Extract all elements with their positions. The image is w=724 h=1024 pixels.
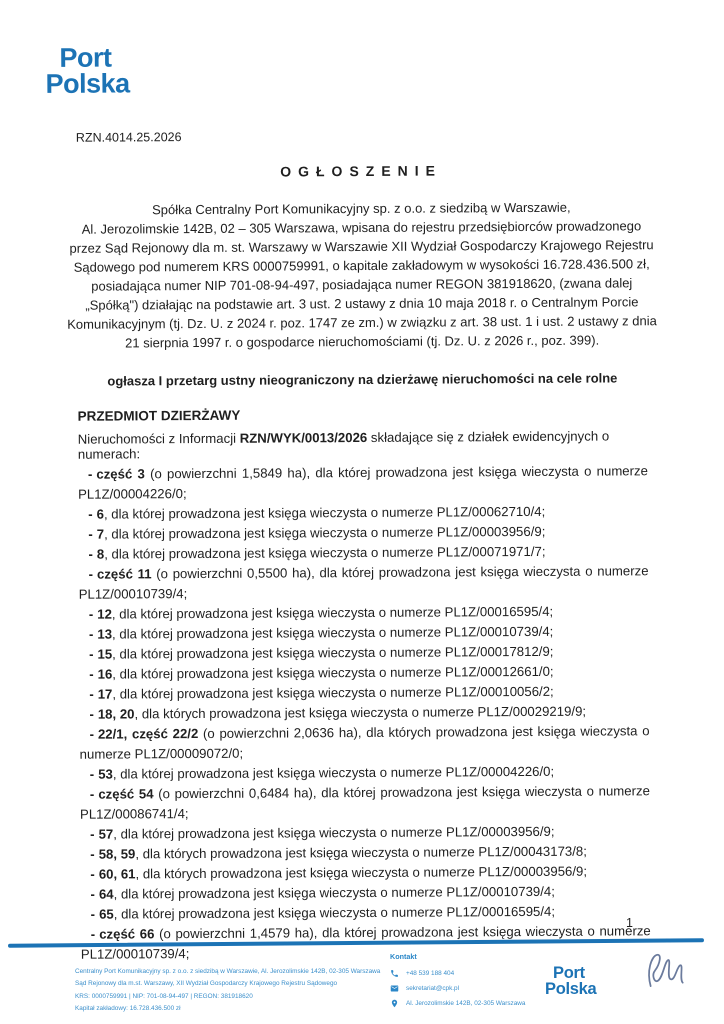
parcel-number: 13 xyxy=(97,627,112,642)
bullet: - xyxy=(91,927,95,942)
parcel-number: 22/1, część 22/2 xyxy=(98,726,198,742)
logo-word-polska: Polska xyxy=(45,68,645,97)
parcel-text: , dla których prowadzona jest księga wie… xyxy=(135,864,587,882)
kontakt-heading: Kontakt xyxy=(390,952,525,961)
email-icon xyxy=(390,984,399,993)
document-content: Port Polska RZN.4014.25.2026 OGŁOSZENIE … xyxy=(0,0,724,965)
footer-port-polska-logo: Port Polska xyxy=(553,966,596,997)
bullet: - xyxy=(88,527,92,542)
parcel-number: 7 xyxy=(97,527,104,542)
parcel-item: -22/1, część 22/2 (o powierzchni 2,0636 … xyxy=(79,722,649,765)
parcel-number: 16 xyxy=(98,667,113,682)
bullet: - xyxy=(89,667,93,682)
bullet: - xyxy=(88,467,92,482)
phone-number[interactable]: +48 539 188 404 xyxy=(406,970,454,977)
location-icon xyxy=(390,999,399,1008)
parcel-number: 17 xyxy=(98,687,113,702)
parcel-text: (o powierzchni 0,5500 ha), dla której pr… xyxy=(79,564,649,602)
logo-word-port: Port xyxy=(59,42,645,71)
document-title: OGŁOSZENIE xyxy=(76,162,646,181)
parcel-number: 58, 59 xyxy=(99,847,136,862)
page-number: 1 xyxy=(626,916,633,930)
parcel-number: 57 xyxy=(99,827,114,842)
parcel-text: , dla której prowadzona jest księga wiec… xyxy=(112,644,553,662)
parcel-text: , dla której prowadzona jest księga wiec… xyxy=(114,904,555,922)
parcel-list: -część 3 (o powierzchni 1,5849 ha), dla … xyxy=(78,462,651,965)
footer: Centralny Port Komunikacyjny sp. z o.o. … xyxy=(0,950,724,1024)
intro-line: 21 sierpnia 1997 r. o gospodarce nieruch… xyxy=(67,330,657,353)
parcel-number: część 54 xyxy=(98,787,153,802)
email-address[interactable]: sekretariat@cpk.pl xyxy=(406,985,459,992)
parcel-item: -część 11 (o powierzchni 0,5500 ha), dla… xyxy=(79,562,649,605)
bullet: - xyxy=(90,847,94,862)
bullet: - xyxy=(89,707,93,722)
document-reference: RZN.4014.25.2026 xyxy=(76,128,646,145)
parcel-text: , dla której prowadzona jest księga wiec… xyxy=(112,684,553,702)
announcement-line: ogłasza I przetarg ustny nieograniczony … xyxy=(67,370,657,389)
parcel-number: 6 xyxy=(97,507,104,522)
bullet: - xyxy=(90,827,94,842)
parcel-number: 8 xyxy=(97,547,104,562)
parcel-number: 64 xyxy=(99,887,114,902)
bullet: - xyxy=(89,627,93,642)
phone-icon xyxy=(390,969,399,978)
parcel-text: (o powierzchni 1,5849 ha), dla której pr… xyxy=(78,464,648,502)
parcel-text: , dla których prowadzona jest księga wie… xyxy=(134,704,586,722)
bullet: - xyxy=(89,567,93,582)
parcel-number: 60, 61 xyxy=(99,867,136,882)
parcel-text: , dla której prowadzona jest księga wiec… xyxy=(104,524,545,542)
bullet: - xyxy=(91,907,95,922)
signature-paraph xyxy=(642,948,694,1005)
bullet: - xyxy=(89,687,93,702)
bullet: - xyxy=(89,607,93,622)
parcel-item: -część 3 (o powierzchni 1,5849 ha), dla … xyxy=(78,462,648,505)
parcel-number: 15 xyxy=(97,647,112,662)
footer-logo-word-polska: Polska xyxy=(545,982,596,998)
footer-company-line: Centralny Port Komunikacyjny sp. z o.o. … xyxy=(75,966,405,978)
bullet: - xyxy=(88,547,92,562)
list-intro: Nieruchomości z Informacji RZN/WYK/0013/… xyxy=(78,429,648,462)
parcel-text: , dla której prowadzona jest księga wiec… xyxy=(113,764,554,782)
parcel-number: 65 xyxy=(99,907,114,922)
footer-company-info: Centralny Port Komunikacyjny sp. z o.o. … xyxy=(75,966,405,1016)
intro-paragraph: Spółka Centralny Port Komunikacyjny sp. … xyxy=(66,197,657,353)
footer-contact: Kontakt +48 539 188 404 sekretariat@cpk.… xyxy=(390,952,525,1014)
parcel-text: , dla której prowadzona jest księga wiec… xyxy=(104,504,545,522)
footer-company-line: Sąd Rejonowy dla m.st. Warszawy, XII Wyd… xyxy=(75,978,405,990)
port-polska-logo: Port Polska xyxy=(59,42,645,97)
parcel-text: (o powierzchni 0,6484 ha), dla której pr… xyxy=(80,784,650,822)
bullet: - xyxy=(90,767,94,782)
bullet: - xyxy=(90,787,94,802)
parcel-number: część 3 xyxy=(96,467,145,482)
footer-company-line: Kapitał zakładowy: 16.728.436.500 zł xyxy=(75,1003,405,1015)
postal-address: Al. Jerozolimskie 142B, 02-305 Warszawa xyxy=(406,1000,525,1007)
bullet: - xyxy=(89,647,93,662)
parcel-text: , dla której prowadzona jest księga wiec… xyxy=(112,604,553,622)
parcel-item: -60, 61, dla których prowadzona jest ksi… xyxy=(80,862,650,885)
bullet: - xyxy=(90,867,94,882)
bullet: - xyxy=(88,507,92,522)
bullet: - xyxy=(89,727,93,742)
parcel-text: , dla której prowadzona jest księga wiec… xyxy=(112,664,553,682)
parcel-item: -część 54 (o powierzchni 0,6484 ha), dla… xyxy=(80,782,650,825)
list-intro-ref: RZN/WYK/0013/2026 xyxy=(240,430,368,446)
parcel-text: , dla której prowadzona jest księga wiec… xyxy=(113,824,554,842)
document-page: Port Polska RZN.4014.25.2026 OGŁOSZENIE … xyxy=(0,0,724,1024)
footer-company-line: KRS: 0000759991 | NIP: 701-08-94-497 | R… xyxy=(75,991,405,1003)
parcel-text: , dla której prowadzona jest księga wiec… xyxy=(112,624,553,642)
list-intro-prefix: Nieruchomości z Informacji xyxy=(78,431,240,447)
parcel-number: 18, 20 xyxy=(98,707,135,722)
section-heading: PRZEDMIOT DZIERŻAWY xyxy=(78,406,648,424)
parcel-number: część 11 xyxy=(97,567,152,582)
parcel-text: , dla której prowadzona jest księga wiec… xyxy=(114,884,555,902)
parcel-number: 53 xyxy=(98,767,113,782)
bullet: - xyxy=(90,887,94,902)
parcel-text: , dla której prowadzona jest księga wiec… xyxy=(104,544,545,562)
parcel-text: , dla których prowadzona jest księga wie… xyxy=(135,844,587,862)
parcel-number: 12 xyxy=(97,607,112,622)
parcel-number: część 66 xyxy=(99,927,154,942)
